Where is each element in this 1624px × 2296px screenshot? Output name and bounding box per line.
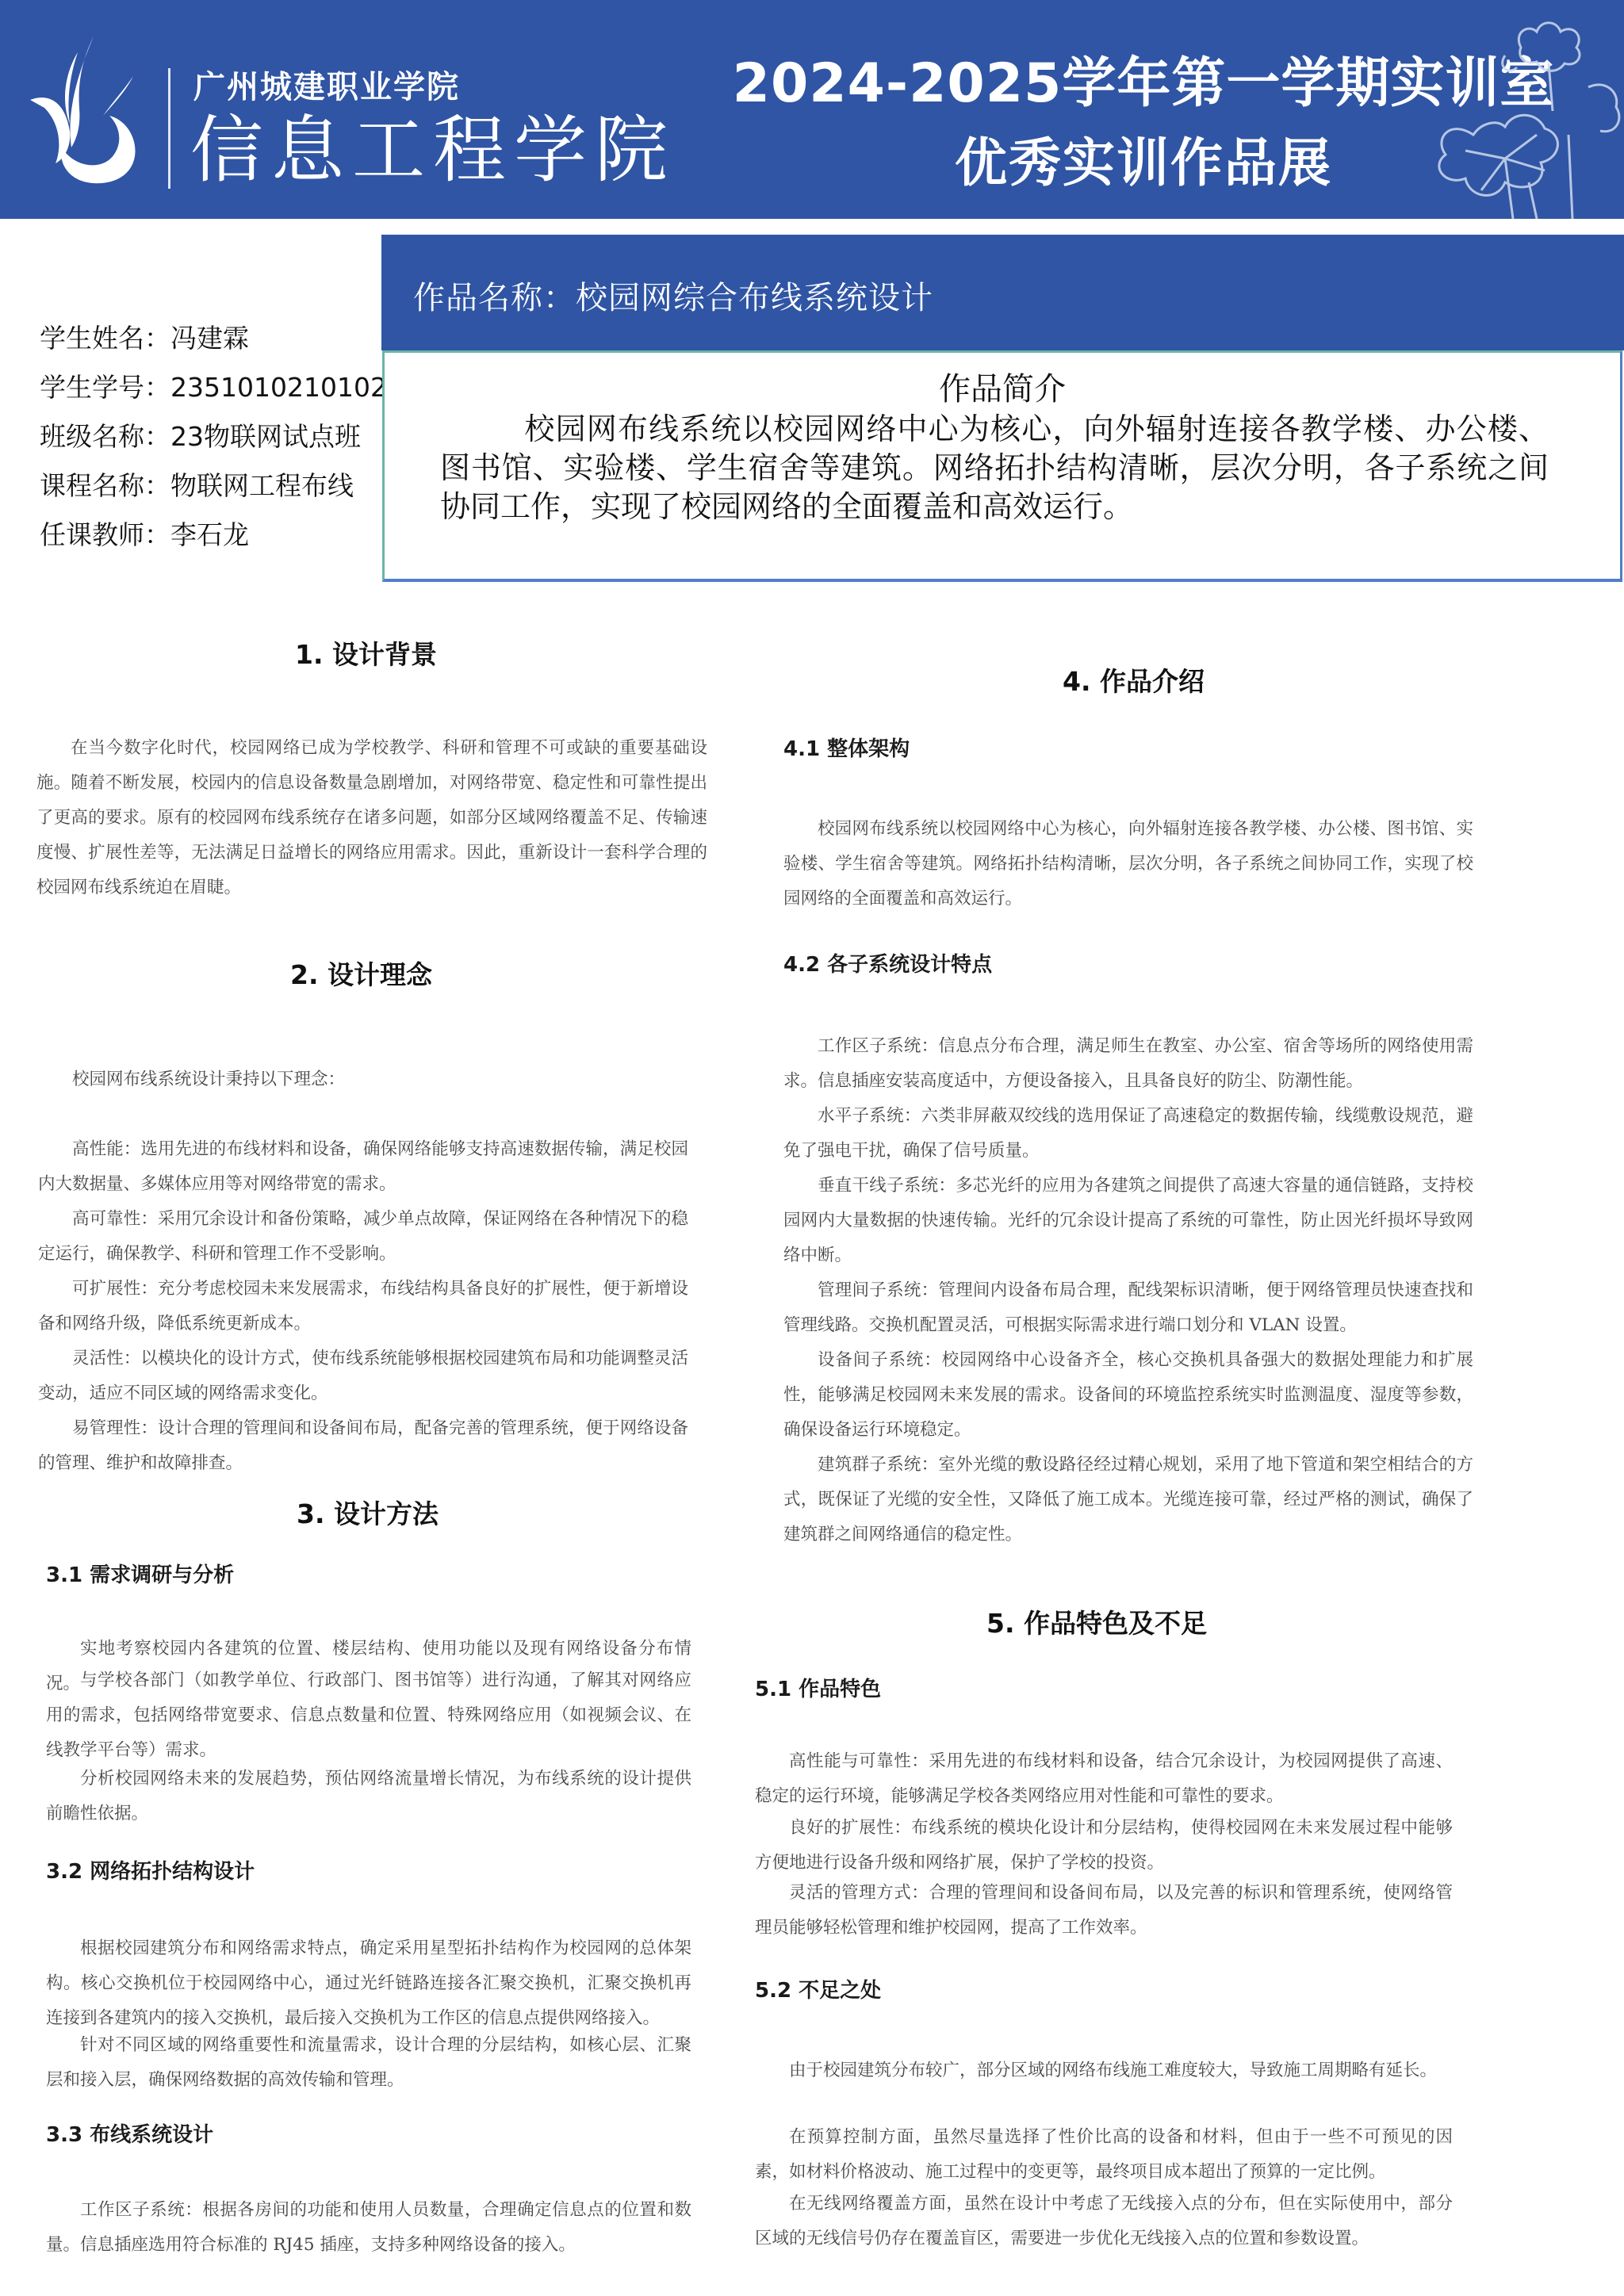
section-4-2-paragraph: 垂直干线子系统：多芯光纤的应用为各建筑之间提供了高速大容量的通信链路，支持校园网… <box>783 1169 1473 1273</box>
section-4-2-title: 4.2 各子系统设计特点 <box>783 948 992 978</box>
section-5-title: 5. 作品特色及不足 <box>986 1603 1207 1640</box>
section-5-2-paragraph: 在预算控制方面，虽然尽量选择了性价比高的设备和材料，但由于一些不可预见的因素，如… <box>755 2120 1453 2190</box>
section-5-2-paragraph: 在无线网络覆盖方面，虽然在设计中考虑了无线接入点的分布，但在实际使用中，部分区域… <box>755 2187 1453 2256</box>
section-4-1-paragraph: 校园网布线系统以校园网络中心为核心，向外辐射连接各教学楼、办公楼、图书馆、实验楼… <box>783 812 1473 916</box>
section-4-1-title: 4.1 整体架构 <box>783 733 910 762</box>
section-4-2-paragraph: 管理间子系统：管理间内设备布局合理，配线架标识清晰，便于网络管理员快速查找和管理… <box>783 1273 1473 1343</box>
section-5-1-paragraph: 良好的扩展性：布线系统的模块化设计和分层结构，使得校园网在未来发展过程中能够方便… <box>755 1811 1453 1881</box>
section-5-1-paragraph: 灵活的管理方式：合理的管理间和设备间布局，以及完善的标识和管理系统，使网络管理员… <box>755 1876 1453 1946</box>
section-5-2-paragraph: 由于校园建筑分布较广，部分区域的网络布线施工难度较大，导致施工周期略有延长。 <box>755 2053 1453 2088</box>
section-5-2-title: 5.2 不足之处 <box>755 1974 881 2003</box>
section-4-2-paragraph: 水平子系统：六类非屏蔽双绞线的选用保证了高速稳定的数据传输，线缆敷设规范，避免了… <box>783 1099 1473 1169</box>
right-column: 4. 作品介绍 4.1 整体架构 校园网布线系统以校园网络中心为核心，向外辐射连… <box>0 0 1624 2296</box>
section-4-title: 4. 作品介绍 <box>1063 661 1205 698</box>
section-5-1-title: 5.1 作品特色 <box>755 1673 881 1702</box>
section-5-1-paragraph: 高性能与可靠性：采用先进的布线材料和设备，结合冗余设计，为校园网提供了高速、稳定… <box>755 1744 1453 1814</box>
section-4-2-paragraph: 建筑群子系统：室外光缆的敷设路径经过精心规划，采用了地下管道和架空相结合的方式，… <box>783 1448 1473 1552</box>
section-4-2-paragraph: 设备间子系统：校园网络中心设备齐全，核心交换机具备强大的数据处理能力和扩展性，能… <box>783 1343 1473 1448</box>
section-4-2-paragraph: 工作区子系统：信息点分布合理，满足师生在教室、办公室、宿舍等场所的网络使用需求。… <box>783 1029 1473 1099</box>
